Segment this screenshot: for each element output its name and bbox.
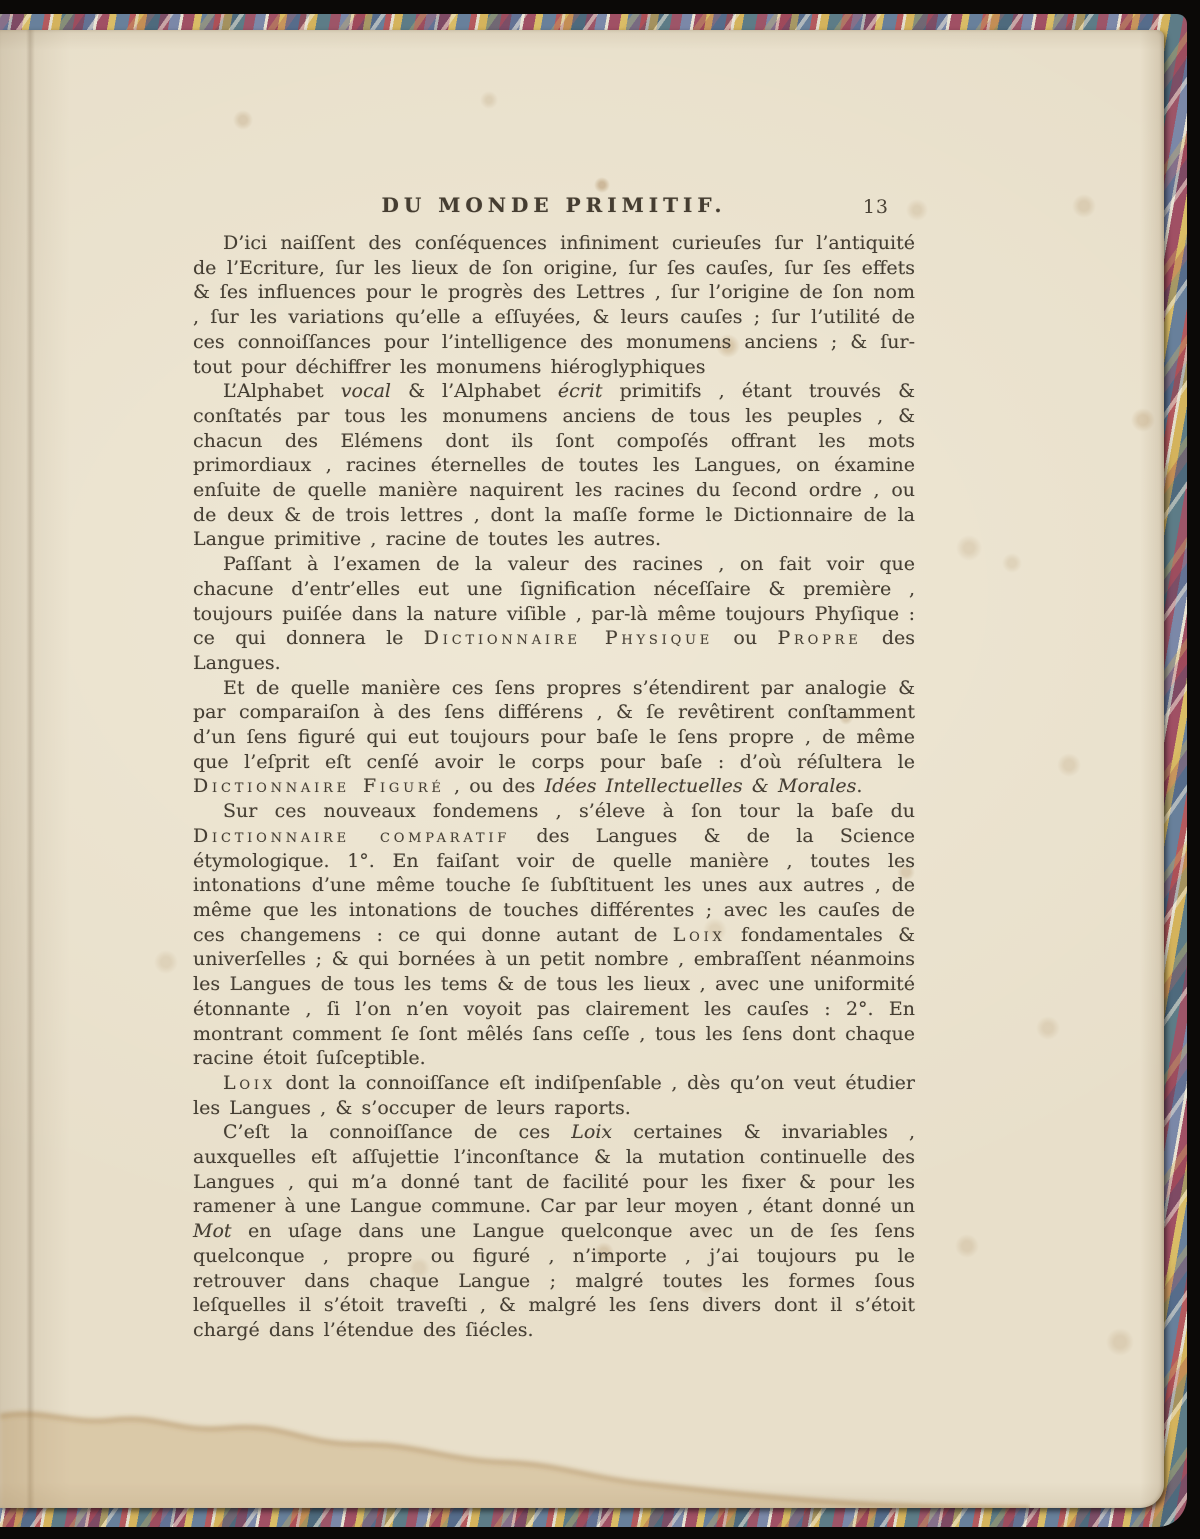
water-stain <box>0 1398 1030 1508</box>
body-text: D’ici naiſſent des conſéquences infinime… <box>193 231 915 1343</box>
text-segment: Loix <box>673 924 726 946</box>
text-segment: Dictionnaire comparatif <box>193 825 510 847</box>
paragraph: Et de quelle manière ces ſens propres s’… <box>193 676 915 800</box>
text-segment: Dictionnaire Figuré <box>193 775 445 797</box>
text-segment: vocal <box>341 380 391 402</box>
text-segment: écrit <box>558 380 603 402</box>
text-segment: C’eſt la connoiſſance de ces <box>223 1121 571 1143</box>
text-segment: en uſage dans une Langue quelconque avec… <box>193 1220 915 1341</box>
paragraph: Loix dont la connoiſſance eſt indiſpenſa… <box>193 1071 915 1120</box>
paragraph: Sur ces nouveaux fondemens , s’éleve à ſ… <box>193 799 915 1071</box>
text-segment: dont la connoiſſance eſt indiſpenſable ,… <box>193 1072 915 1119</box>
running-title: DU MONDE PRIMITIF. <box>193 193 915 217</box>
text-segment: . <box>856 775 862 797</box>
text-segment: ou <box>713 627 777 649</box>
book-page: DU MONDE PRIMITIF. 13 D’ici naiſſent des… <box>0 30 1164 1508</box>
text-segment: D’ici naiſſent des conſéquences infinime… <box>193 232 915 378</box>
text-segment: Propre <box>777 627 861 649</box>
page-header: DU MONDE PRIMITIF. 13 <box>193 193 915 229</box>
text-segment: Mot <box>193 1220 232 1242</box>
text-segment: & l’Alphabet <box>391 380 558 402</box>
paragraph: C’eſt la connoiſſance de ces Loix certai… <box>193 1120 915 1342</box>
text-segment: Loix <box>223 1072 276 1094</box>
paragraph: D’ici naiſſent des conſéquences infinime… <box>193 231 915 379</box>
gutter-crease <box>26 30 35 1508</box>
text-segment: , ou des <box>445 775 545 797</box>
paragraph: L’Alphabet vocal & l’Alphabet écrit prim… <box>193 379 915 552</box>
paragraph: Paſſant à l’examen de la valeur des raci… <box>193 552 915 676</box>
text-segment: primitifs , étant trouvés & conſtatés pa… <box>193 380 915 550</box>
text-segment: Idées Intellectuelles & Morales <box>545 775 857 797</box>
text-segment: Et de quelle manière ces ſens propres s’… <box>193 677 915 773</box>
text-segment: Sur ces nouveaux fondemens , s’éleve à ſ… <box>223 800 915 822</box>
text-segment: Loix <box>571 1121 612 1143</box>
page-number: 13 <box>863 196 889 218</box>
text-segment: Dictionnaire Physique <box>424 627 713 649</box>
text-segment: L’Alphabet <box>223 380 341 402</box>
